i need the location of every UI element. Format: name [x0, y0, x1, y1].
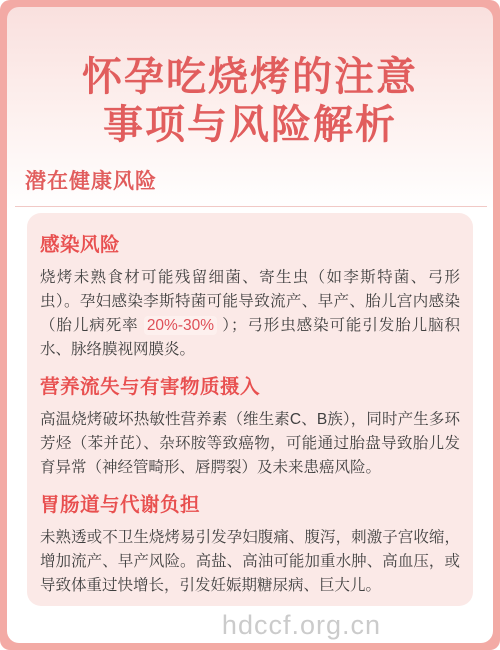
risk-heading-infection: 感染风险	[40, 232, 460, 258]
poster-title: 怀孕吃烧烤的注意 事项与风险解析	[7, 53, 493, 149]
watermark: hdccf.org.cn	[7, 610, 381, 641]
risk-heading-nutrition: 营养流失与有害物质摄入	[40, 374, 460, 400]
risk-body-gastro: 未熟透或不卫生烧烤易引发孕妇腹痛、腹泻，刺激子宫收缩，增加流产、早产风险。高盐、…	[40, 526, 460, 598]
poster-frame: 怀孕吃烧烤的注意 事项与风险解析 潜在健康风险 感染风险 烧烤未熟食材可能残留细…	[0, 0, 500, 650]
risk-body-nutrition: 高温烧烤破坏热敏性营养素（维生素C、B族），同时产生多环芳烃（苯并芘）、杂环胺等…	[40, 408, 460, 480]
poster-title-line2: 事项与风险解析	[7, 101, 493, 149]
risk-content-box: 感染风险 烧烤未熟食材可能残留细菌、寄生虫（如李斯特菌、弓形虫）。孕妇感染李斯特…	[27, 213, 473, 606]
poster-card: 怀孕吃烧烤的注意 事项与风险解析 潜在健康风险 感染风险 烧烤未熟食材可能残留细…	[7, 7, 493, 643]
risk-heading-gastro: 胃肠道与代谢负担	[40, 492, 460, 518]
section-divider	[15, 206, 487, 207]
section-label-potential-risks: 潜在健康风险	[25, 165, 493, 195]
mortality-rate-highlight: 20%-30%	[144, 316, 217, 335]
risk-body-infection: 烧烤未熟食材可能残留细菌、寄生虫（如李斯特菌、弓形虫）。孕妇感染李斯特菌可能导致…	[40, 266, 460, 362]
poster-title-line1: 怀孕吃烧烤的注意	[7, 53, 493, 101]
